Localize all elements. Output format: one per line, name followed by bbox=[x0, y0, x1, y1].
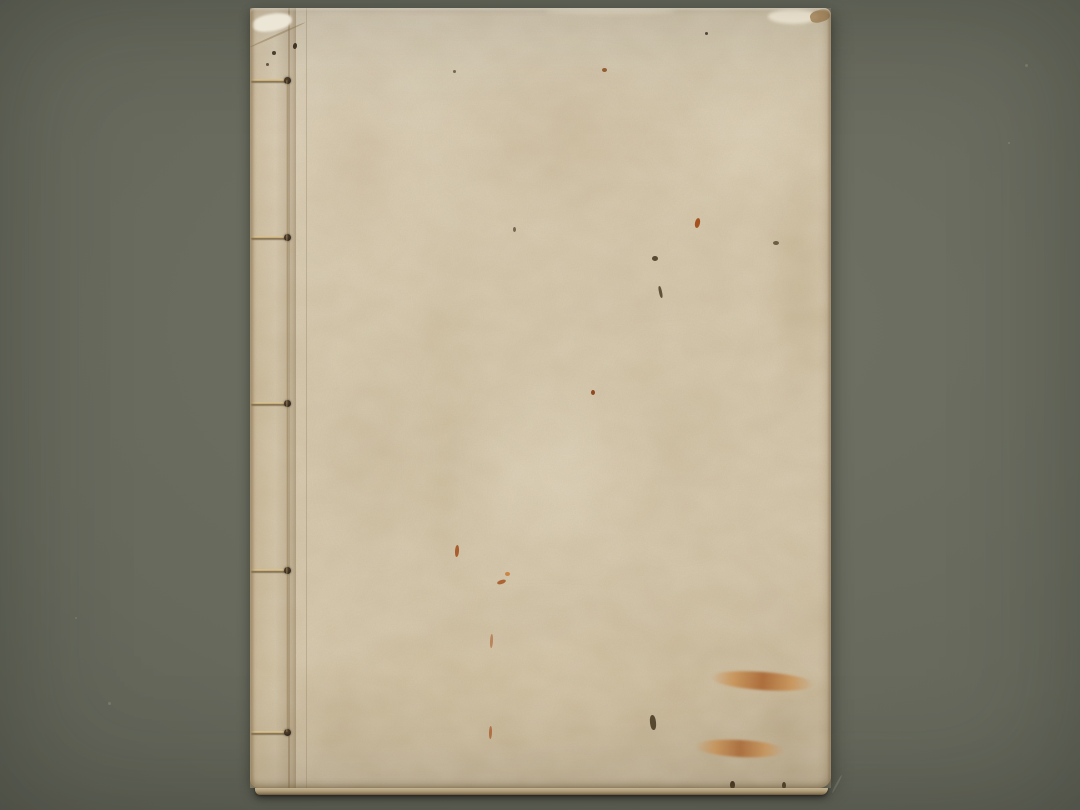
fox-spot bbox=[497, 579, 507, 586]
dust-speck bbox=[1025, 64, 1028, 67]
dust-speck bbox=[75, 617, 77, 619]
fore-edge bbox=[827, 8, 831, 788]
fox-spot bbox=[455, 545, 460, 557]
ink-speck bbox=[513, 227, 516, 232]
ink-speck bbox=[293, 43, 298, 50]
rust-streak bbox=[710, 668, 816, 693]
ink-speck bbox=[730, 781, 735, 788]
ink-speck bbox=[272, 51, 276, 55]
fox-spot bbox=[602, 68, 607, 72]
ink-speck bbox=[773, 241, 779, 245]
fox-spot bbox=[489, 726, 492, 739]
page-edges bbox=[255, 788, 828, 795]
photo-backdrop bbox=[0, 0, 1080, 810]
book bbox=[250, 8, 831, 788]
ink-speck bbox=[705, 32, 708, 35]
dust-speck bbox=[1008, 142, 1010, 144]
ink-squiggle bbox=[658, 286, 663, 298]
fox-spot bbox=[694, 218, 701, 229]
fox-spot bbox=[505, 572, 510, 576]
hair-fiber bbox=[831, 775, 842, 794]
fox-spot bbox=[490, 634, 494, 648]
wear-patch-top-mid bbox=[545, 8, 675, 14]
dust-speck bbox=[108, 702, 111, 705]
ink-speck bbox=[652, 256, 658, 261]
spine-edge bbox=[250, 8, 255, 788]
ink-dash bbox=[649, 715, 657, 731]
rust-streak bbox=[695, 738, 786, 760]
ink-speck bbox=[782, 782, 786, 788]
ink-speck bbox=[453, 70, 456, 73]
stain-layer bbox=[250, 8, 831, 788]
fox-spot bbox=[591, 390, 595, 395]
ink-speck bbox=[266, 63, 269, 66]
